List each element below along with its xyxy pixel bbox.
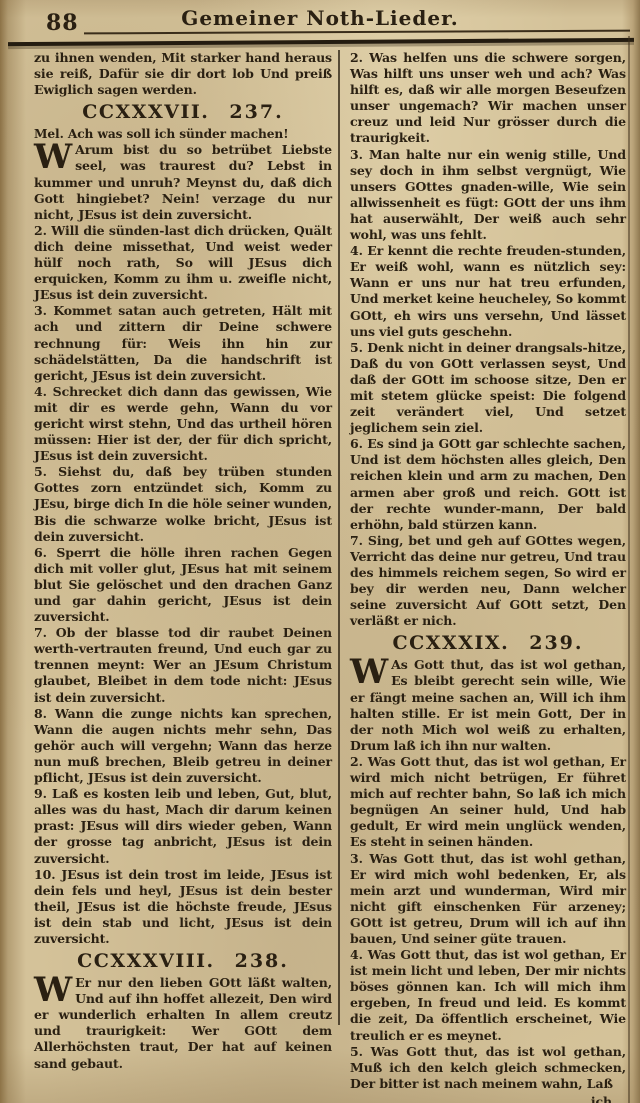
hymn-239-roman-numeral: CCXXXIX. <box>393 632 510 654</box>
hymn-238-roman-numeral: CCXXXVIII. <box>77 950 215 972</box>
continuation-text: zu ihnen wenden, Mit starker hand heraus… <box>34 50 332 98</box>
hymn-239-verse-3: 3. Was Gott thut, das ist wohl gethan, E… <box>350 851 626 948</box>
hymn-238-verse-4: 4. Er kennt die rechte freuden-stunden, … <box>350 243 626 340</box>
drop-cap-initial: W <box>350 657 391 687</box>
hymn-238-verse-7: 7. Sing, bet und geh auf GOttes wegen, V… <box>350 533 626 630</box>
hymn-239-heading: CCXXXIX.239. <box>350 630 626 656</box>
right-column: 2. Was helfen uns die schwere sorgen, Wa… <box>350 50 626 1103</box>
hymn-237-verse-1: WArum bist du so betrübet Liebste seel, … <box>34 142 332 222</box>
hymn-237-verse-4: 4. Schrecket dich dann das gewissen, Wie… <box>34 384 332 464</box>
hymn-239-arabic-number: 239. <box>529 632 583 654</box>
hymn-237-verse-7: 7. Ob der blasse tod dir raubet Deinen w… <box>34 625 332 705</box>
hymn-237-verse-8: 8. Wann die zunge nichts kan sprechen, W… <box>34 706 332 786</box>
hymn-238-verse-6: 6. Es sind ja GOtt gar schlechte sachen,… <box>350 436 626 533</box>
hymn-237-heading: CCXXXVII.237. <box>34 99 332 125</box>
book-page-scan: 88 Gemeiner Noth-Lieder. zu ihnen wenden… <box>0 0 640 1103</box>
hymn-237-roman-numeral: CCXXXVII. <box>82 101 209 123</box>
melody-line: Mel. Ach was soll ich sünder machen! <box>34 126 332 142</box>
drop-cap-initial: W <box>34 142 75 172</box>
verse-text: Arum bist du so betrübet Liebste seel, w… <box>34 142 332 221</box>
running-head-title: Gemeiner Noth-Lieder. <box>0 6 640 30</box>
verse-text: As Gott thut, das ist wol gethan, Es ble… <box>350 657 626 752</box>
hymn-238-arabic-number: 238. <box>235 950 289 972</box>
hymn-239-verse-1: WAs Gott thut, das ist wol gethan, Es bl… <box>350 657 626 754</box>
hymn-237-verse-6: 6. Sperrt die hölle ihren rachen Gegen d… <box>34 545 332 625</box>
left-column: zu ihnen wenden, Mit starker hand heraus… <box>34 50 332 1072</box>
hymn-238-verse-3: 3. Man halte nur ein wenig stille, Und s… <box>350 147 626 244</box>
hymn-239-verse-4: 4. Was Gott thut, das ist wol gethan, Er… <box>350 947 626 1044</box>
hymn-238-verse-2: 2. Was helfen uns die schwere sorgen, Wa… <box>350 50 626 147</box>
header-rule-thick <box>8 38 634 46</box>
hymn-237-verse-9: 9. Laß es kosten leib und leben, Gut, bl… <box>34 786 332 866</box>
header-rule-thin <box>84 30 630 35</box>
page-edge-line <box>628 36 630 1103</box>
column-divider-rule <box>338 50 340 1025</box>
hymn-237-arabic-number: 237. <box>229 101 283 123</box>
hymn-237-verse-2: 2. Will die sünden-last dich drücken, Qu… <box>34 223 332 303</box>
hymn-238-verse-1: WEr nur den lieben GOtt läßt walten, Und… <box>34 975 332 1072</box>
hymn-239-verse-2: 2. Was Gott thut, das ist wol gethan, Er… <box>350 754 626 851</box>
hymn-237-verse-3: 3. Kommet satan auch getreten, Hält mit … <box>34 303 332 383</box>
hymn-238-heading: CCXXXVIII.238. <box>34 948 332 974</box>
hymn-237-verse-5: 5. Siehst du, daß bey trüben stunden Got… <box>34 464 332 544</box>
drop-cap-initial: W <box>34 975 75 1005</box>
hymn-239-verse-5: 5. Was Gott thut, das ist wol gethan, Mu… <box>350 1044 626 1092</box>
hymn-238-verse-5: 5. Denk nicht in deiner drangsals-hitze,… <box>350 340 626 437</box>
catchword: ich <box>350 1094 626 1103</box>
verse-text: Er nur den lieben GOtt läßt walten, Und … <box>34 975 332 1070</box>
hymn-237-verse-10: 10. JEsus ist dein trost im leide, JEsus… <box>34 867 332 947</box>
